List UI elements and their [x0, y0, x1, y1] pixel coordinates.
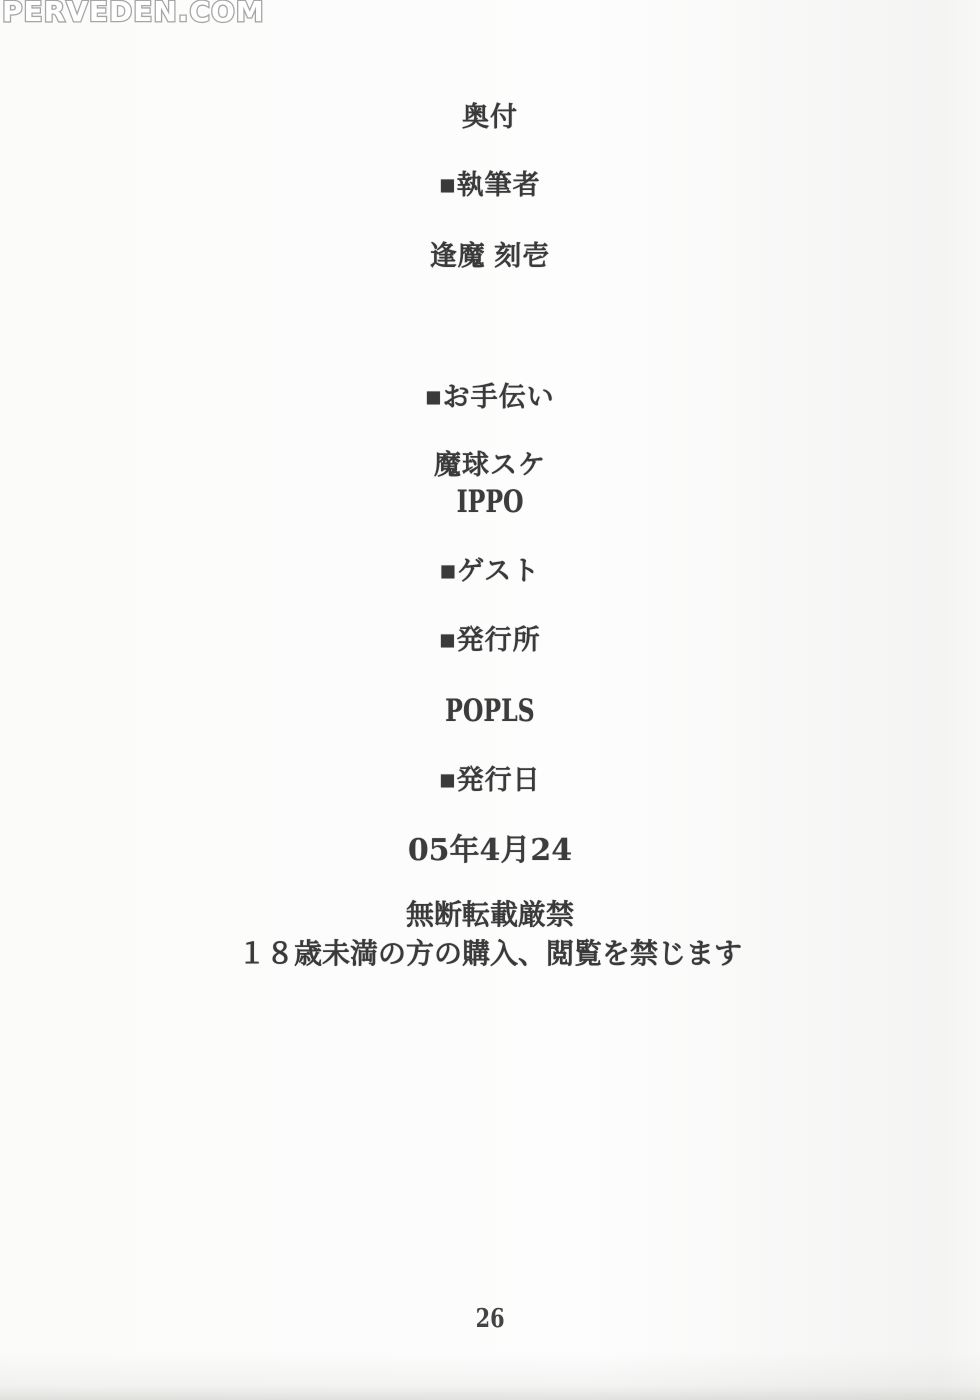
- section-heading-helpers: ■お手伝い: [0, 384, 980, 411]
- section-heading-writer: ■執筆者: [0, 172, 980, 199]
- section-heading-publish-date: ■発行日: [0, 767, 980, 794]
- helper-name-1: 魔球スケ: [0, 452, 980, 479]
- helper-name-2-text: IPPO: [456, 487, 523, 518]
- writer-name: 逢魔 刻壱: [0, 243, 980, 270]
- section-heading-publisher: ■発行所: [0, 627, 980, 654]
- page-number: 26: [0, 1306, 980, 1332]
- publisher-name-text: POPLS: [445, 696, 535, 727]
- site-watermark: PERVEDEN.COM: [0, 0, 280, 37]
- helper-name-2: IPPO: [0, 487, 980, 518]
- notice-no-reproduction: 無断転載厳禁: [0, 901, 980, 929]
- page-number-text: 26: [476, 1306, 505, 1332]
- publisher-name: POPLS: [0, 696, 980, 727]
- section-heading-guest: ■ゲスト: [0, 558, 980, 585]
- scanned-colophon-page: PERVEDEN.COM 奥付 ■執筆者 逢魔 刻壱 ■お手伝い 魔球スケ IP…: [0, 0, 980, 1400]
- notice-age-restriction: １８歳未満の方の購入、閲覧を禁じます: [0, 940, 980, 968]
- publish-date: 05年4月24: [0, 836, 980, 866]
- watermark-text: PERVEDEN.COM: [2, 0, 265, 28]
- page-title: 奥付: [0, 104, 980, 131]
